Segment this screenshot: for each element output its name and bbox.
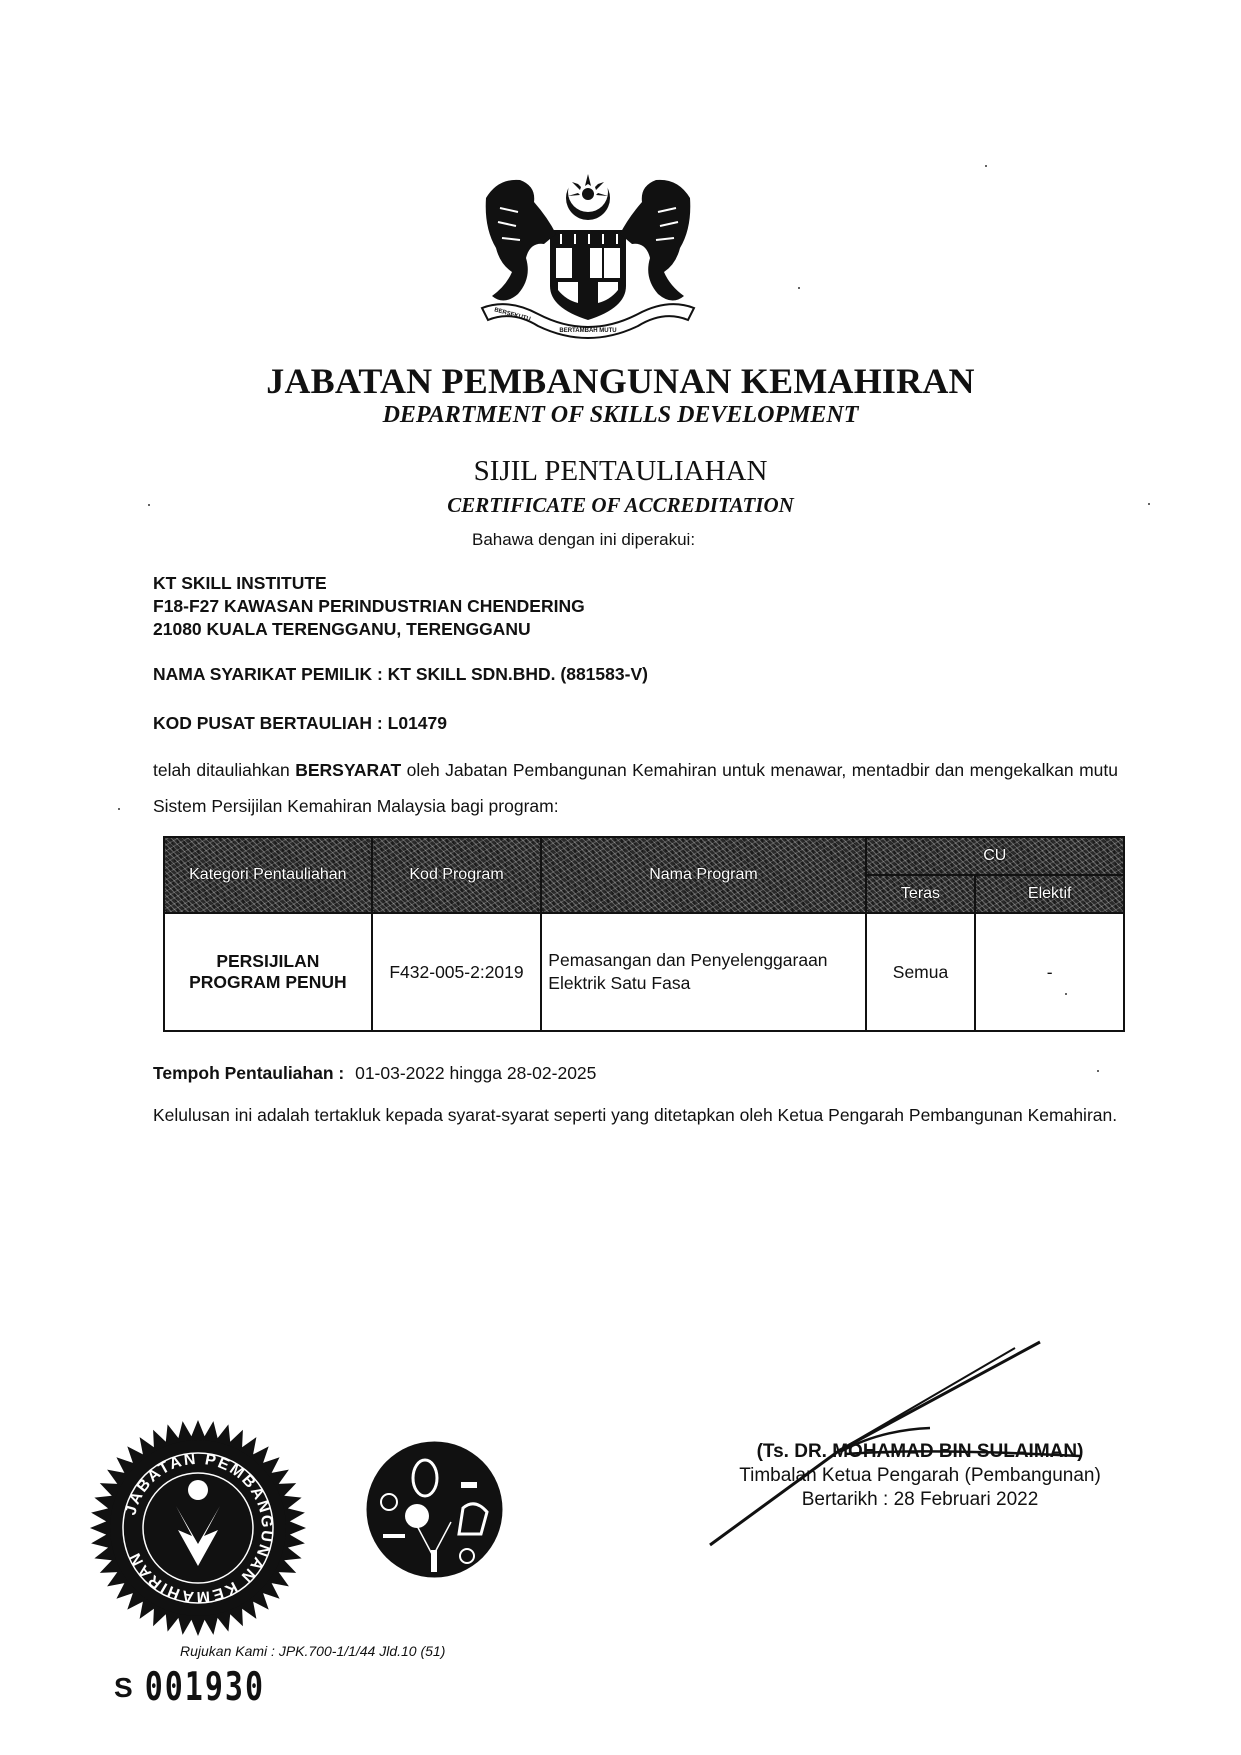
header-program-code: Kod Program [372, 837, 542, 913]
header-program-name: Nama Program [541, 837, 865, 913]
accreditation-period: Tempoh Pentauliahan : 01-03-2022 hingga … [153, 1063, 596, 1084]
owner-company: NAMA SYARIKAT PEMILIK : KT SKILL SDN.BHD… [153, 663, 648, 686]
reference-number: Rujukan Kami : JPK.700-1/1/44 Jld.10 (51… [180, 1643, 445, 1659]
svg-text:BERTAMBAH MUTU: BERTAMBAH MUTU [559, 328, 616, 334]
certificate-title: SIJIL PENTAULIAHAN [0, 455, 1241, 488]
owner-value: KT SKILL SDN.BHD. (881583-V) [388, 664, 648, 684]
scan-speck [1097, 1070, 1099, 1072]
accreditation-prefix: telah ditauliahkan [153, 760, 290, 780]
header-cu-elective: Elektif [975, 875, 1124, 913]
department-name: JABATAN PEMBANGUNAN KEMAHIRAN [0, 360, 1241, 402]
hologram-seal-icon [363, 1438, 506, 1581]
institution-address-line2: 21080 KUALA TERENGGANU, TERENGGANU [153, 618, 531, 641]
header-category: Kategori Pentauliahan [164, 837, 372, 913]
cell-category: PERSIJILAN PROGRAM PENUH [164, 913, 372, 1031]
scan-speck [148, 504, 150, 506]
malaysia-coat-of-arms-icon: BERTAMBAH MUTU BERSEKUTU [478, 168, 698, 343]
period-label: Tempoh Pentauliahan : [153, 1063, 344, 1083]
institution-address-line1: F18-F27 KAWASAN PERINDUSTRIAN CHENDERING [153, 595, 585, 618]
center-code: KOD PUSAT BERTAULIAH : L01479 [153, 712, 447, 735]
signatory-block: (Ts. DR. MOHAMAD BIN SULAIMAN) Timbalan … [640, 1440, 1200, 1512]
serial-prefix: S [114, 1672, 133, 1703]
scan-speck [985, 165, 987, 167]
accreditation-paragraph: telah ditauliahkan BERSYARAT oleh Jabata… [153, 752, 1118, 824]
signature-date: Bertarikh : 28 Februari 2022 [640, 1488, 1200, 1512]
serial-value: 001930 [145, 1665, 265, 1711]
cell-cu-elective: - [975, 913, 1124, 1031]
jpk-seal-icon: JABATAN PEMBANGUNAN KEMAHIRAN [88, 1418, 308, 1638]
scan-speck [1148, 503, 1150, 505]
table-row: PERSIJILAN PROGRAM PENUH F432-005-2:2019… [164, 913, 1124, 1031]
header-cu: CU [866, 837, 1124, 875]
conditions-paragraph: Kelulusan ini adalah tertakluk kepada sy… [153, 1097, 1118, 1133]
center-code-value: L01479 [388, 713, 447, 733]
signatory-name: (Ts. DR. MOHAMAD BIN SULAIMAN) [640, 1440, 1200, 1464]
period-value: 01-03-2022 hingga 28-02-2025 [355, 1063, 596, 1083]
cell-cu-core: Semua [866, 913, 976, 1031]
institution-name: KT SKILL INSTITUTE [153, 572, 327, 595]
scan-speck [798, 287, 800, 289]
owner-label: NAMA SYARIKAT PEMILIK : [153, 664, 383, 684]
header-cu-core: Teras [866, 875, 976, 913]
scan-speck [1065, 993, 1067, 995]
program-table: Kategori Pentauliahan Kod Program Nama P… [163, 836, 1125, 1032]
signatory-title: Timbalan Ketua Pengarah (Pembangunan) [640, 1464, 1200, 1488]
scan-speck [118, 808, 120, 810]
center-code-label: KOD PUSAT BERTAULIAH : [153, 713, 383, 733]
cell-program-code: F432-005-2:2019 [372, 913, 542, 1031]
certificate-title-english: CERTIFICATE OF ACCREDITATION [0, 493, 1241, 518]
department-name-english: DEPARTMENT OF SKILLS DEVELOPMENT [0, 402, 1241, 429]
cell-program-name: Pemasangan dan Penyelenggaraan Elektrik … [541, 913, 865, 1031]
accreditation-status: BERSYARAT [295, 760, 401, 780]
certify-statement: Bahawa dengan ini diperakui: [472, 530, 695, 550]
serial-number: S001930 [114, 1670, 265, 1705]
